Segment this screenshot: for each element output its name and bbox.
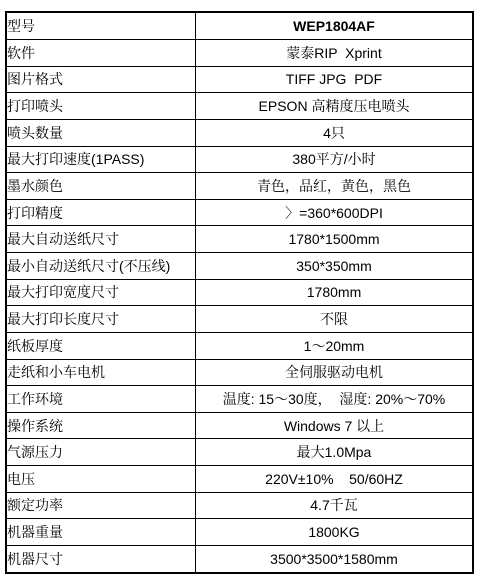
spec-value: 1800KG [196,519,474,546]
spec-label: 气源压力 [6,439,196,466]
spec-value: 最大1.0Mpa [196,439,474,466]
spec-label: 操作系统 [6,412,196,439]
spec-value: 蒙泰RIP Xprint [196,40,474,67]
spec-value: Windows 7 以上 [196,412,474,439]
spec-label: 机器尺寸 [6,545,196,573]
spec-table-body: 型号 WEP1804AF 软件 蒙泰RIP Xprint 图片格式 TIFF J… [6,12,473,573]
spec-label: 最小自动送纸尺寸(不压线) [6,253,196,280]
spec-label: 最大打印宽度尺寸 [6,279,196,306]
spec-label: 图片格式 [6,66,196,93]
table-row: 额定功率 4.7千瓦 [6,492,473,519]
spec-table: 型号 WEP1804AF 软件 蒙泰RIP Xprint 图片格式 TIFF J… [5,11,474,574]
spec-label: 工作环境 [6,386,196,413]
spec-value: 350*350mm [196,253,474,280]
table-row: 气源压力 最大1.0Mpa [6,439,473,466]
table-row: 最大打印宽度尺寸 1780mm [6,279,473,306]
spec-value: 380平方/小时 [196,146,474,173]
spec-value: 不限 [196,306,474,333]
table-row: 机器尺寸 3500*3500*1580mm [6,545,473,573]
spec-label: 最大自动送纸尺寸 [6,226,196,253]
table-row: 喷头数量 4只 [6,119,473,146]
spec-label: 喷头数量 [6,119,196,146]
spec-label: 额定功率 [6,492,196,519]
spec-label: 纸板厚度 [6,332,196,359]
spec-value: 〉=360*600DPI [196,199,474,226]
spec-label: 软件 [6,40,196,67]
table-row: 墨水颜色 青色，品红，黄色，黑色 [6,173,473,200]
table-row: 工作环境 温度: 15～30度， 湿度: 20%～70% [6,386,473,413]
spec-value: 1780*1500mm [196,226,474,253]
spec-value: 温度: 15～30度， 湿度: 20%～70% [196,386,474,413]
table-row: 打印精度 〉=360*600DPI [6,199,473,226]
spec-label: 最大打印长度尺寸 [6,306,196,333]
spec-value: 1780mm [196,279,474,306]
table-row: 最大打印速度(1PASS) 380平方/小时 [6,146,473,173]
table-row: 最小自动送纸尺寸(不压线) 350*350mm [6,253,473,280]
table-row: 电压 220V±10% 50/60HZ [6,466,473,493]
spec-label: 走纸和小车电机 [6,359,196,386]
spec-value: 3500*3500*1580mm [196,545,474,573]
table-row: 打印喷头 EPSON 高精度压电喷头 [6,93,473,120]
table-row: 纸板厚度 1～20mm [6,332,473,359]
spec-label: 打印精度 [6,199,196,226]
spec-value: EPSON 高精度压电喷头 [196,93,474,120]
table-row: 图片格式 TIFF JPG PDF [6,66,473,93]
spec-value: 1～20mm [196,332,474,359]
table-row: 操作系统 Windows 7 以上 [6,412,473,439]
spec-label: 打印喷头 [6,93,196,120]
spec-label: 型号 [6,12,196,40]
table-row: 软件 蒙泰RIP Xprint [6,40,473,67]
spec-label: 最大打印速度(1PASS) [6,146,196,173]
spec-value: TIFF JPG PDF [196,66,474,93]
spec-value: WEP1804AF [196,12,474,40]
table-row: 机器重量 1800KG [6,519,473,546]
spec-label: 电压 [6,466,196,493]
table-row: 走纸和小车电机 全伺服驱动电机 [6,359,473,386]
table-row: 最大自动送纸尺寸 1780*1500mm [6,226,473,253]
table-row: 型号 WEP1804AF [6,12,473,40]
spec-value: 220V±10% 50/60HZ [196,466,474,493]
spec-label: 机器重量 [6,519,196,546]
spec-value: 全伺服驱动电机 [196,359,474,386]
spec-value: 青色，品红，黄色，黑色 [196,173,474,200]
spec-label: 墨水颜色 [6,173,196,200]
spec-value: 4只 [196,119,474,146]
spec-value: 4.7千瓦 [196,492,474,519]
table-row: 最大打印长度尺寸 不限 [6,306,473,333]
